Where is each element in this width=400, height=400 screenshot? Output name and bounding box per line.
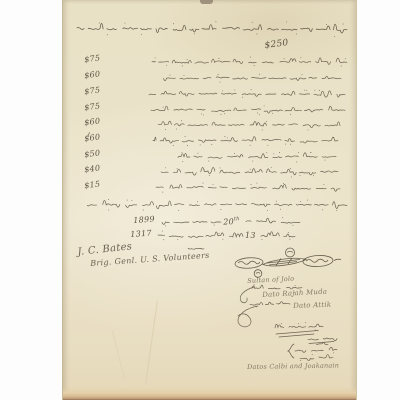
gregorian-day-suffix: th [234,216,240,222]
paper-crease [112,331,125,380]
gregorian-day-number: 20 [223,217,234,227]
gregorian-year: 1899 [133,214,155,224]
gregorian-day: 20th [223,216,240,227]
scanned-document-photo: $75 $60 $75 $75 $60 $60 $50 $40 $15 $250… [0,0,400,400]
attik-caption: Dato Attik [293,301,331,310]
page-bottom-edge [63,387,356,400]
paper-crease [145,300,158,384]
document-page [62,0,357,400]
hijri-day: 13 [245,231,256,240]
paper-tear-notch [200,0,213,4]
hijri-year: 1317 [130,228,152,238]
calbi-joakanain-caption: Datos Calbi and Joakanain [247,361,339,371]
